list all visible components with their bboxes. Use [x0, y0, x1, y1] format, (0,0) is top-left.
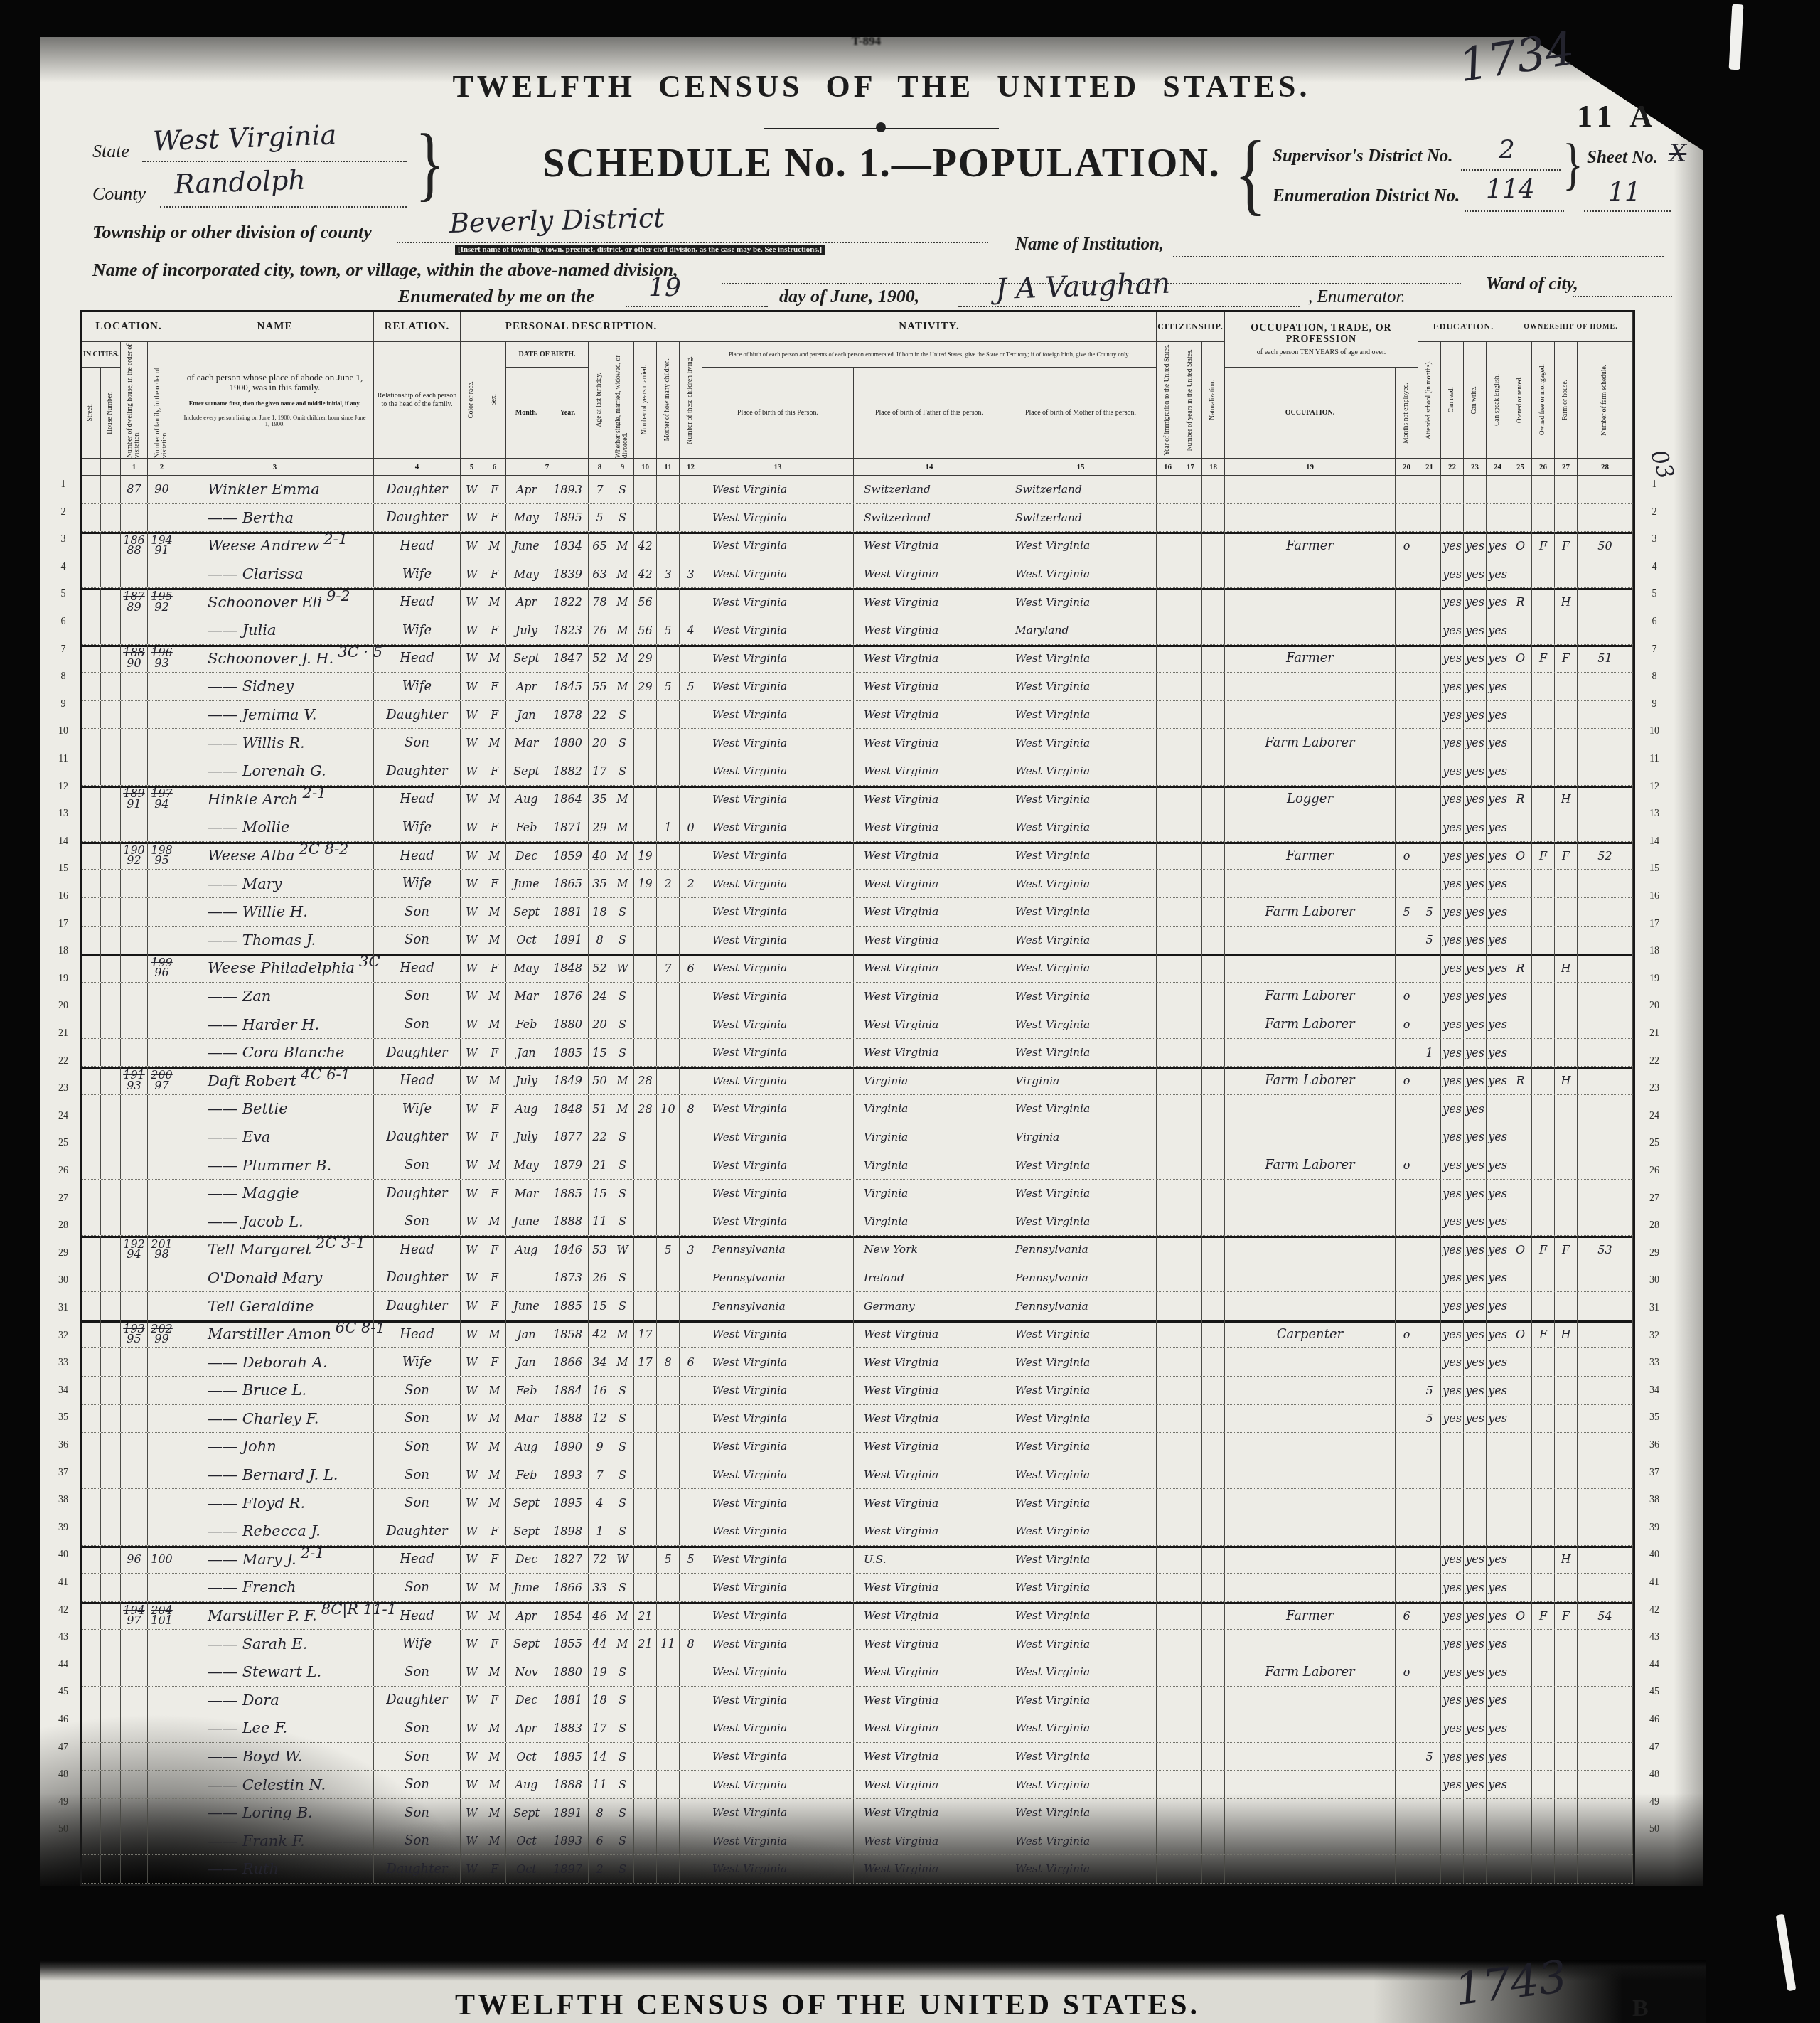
num-birth-mother: 15 [1005, 459, 1157, 476]
cell-bm: West Virginia [1005, 870, 1157, 897]
cell-nat [1202, 673, 1225, 700]
cell-rel: Son [374, 1771, 461, 1798]
cell-age: 17 [589, 757, 611, 785]
cell-mb [657, 1687, 680, 1714]
cell-im [1157, 504, 1179, 532]
cell-mar: M [611, 645, 634, 673]
cell-name: —— Clarissa [176, 560, 374, 588]
enumerator-label: , Enumerator. [1308, 287, 1406, 307]
cell-fam: 100 [148, 1546, 176, 1574]
cell-sch [1418, 1207, 1441, 1235]
cell-age: 26 [589, 1264, 611, 1292]
cell-house [101, 1517, 121, 1545]
cell-age: 21 [589, 1151, 611, 1179]
cell-house [101, 1010, 121, 1038]
cell-mne [1396, 870, 1418, 897]
cell-mo: Dec [506, 1546, 547, 1574]
row-number-25: 25 [1644, 1138, 1665, 1149]
cell-street [82, 1630, 101, 1658]
cell-bf: Virginia [854, 1095, 1005, 1123]
cell-fam: 19491 [148, 532, 176, 560]
cell-color: W [461, 476, 483, 503]
cell-fm [1532, 1461, 1555, 1489]
cell-street [82, 701, 101, 729]
color-vertical-label: Color or race. [469, 381, 476, 419]
name-desc-3: Include every person living on June 1, 1… [183, 415, 366, 428]
cell-sex: F [483, 1517, 506, 1545]
cell-yu [1179, 1658, 1202, 1686]
cell-mo: Aug [506, 786, 547, 813]
cell-mb [657, 786, 680, 813]
cell-fam [148, 1292, 176, 1320]
cell-sex: M [483, 1602, 506, 1630]
cell-fh [1555, 1771, 1578, 1798]
cell-occ [1225, 1714, 1396, 1742]
cell-yu [1179, 1714, 1202, 1742]
cell-mar: S [611, 476, 634, 503]
cell-yu [1179, 983, 1202, 1010]
cell-dw [121, 813, 148, 841]
cell-sex: M [483, 1010, 506, 1038]
cell-mo: Mar [506, 983, 547, 1010]
cell-yr: 1888 [547, 1207, 589, 1235]
cell-rel: Son [374, 983, 461, 1010]
cell-bf: West Virginia [854, 1433, 1005, 1461]
cell-own [1509, 560, 1532, 588]
cell-ym: 42 [634, 560, 657, 588]
cell-fs [1578, 1630, 1633, 1658]
cell-fs [1578, 1658, 1633, 1686]
cell-own [1509, 1207, 1532, 1235]
township-label: Township or other division of county [92, 222, 372, 243]
cell-yr: 1890 [547, 1433, 589, 1461]
cell-cl: 6 [680, 954, 702, 982]
cell-bm: West Virginia [1005, 645, 1157, 673]
cell-im [1157, 560, 1179, 588]
cell-street [82, 757, 101, 785]
census-row-30: Tell GeraldineDaughterWFJune188515SPenns… [82, 1292, 1633, 1320]
cell-fm: F [1532, 1236, 1555, 1264]
cell-wr: yes [1464, 1658, 1487, 1686]
cell-house [101, 1123, 121, 1151]
cell-age: 7 [589, 476, 611, 503]
cell-mne [1396, 813, 1418, 841]
num-relation: 4 [374, 459, 461, 476]
cell-fs [1578, 504, 1633, 532]
cell-bm: West Virginia [1005, 701, 1157, 729]
row-number-14: 14 [53, 836, 74, 848]
cell-sch [1418, 729, 1441, 757]
cell-house [101, 983, 121, 1010]
cell-street [82, 616, 101, 644]
cell-house [101, 1207, 121, 1235]
cell-mne [1396, 1405, 1418, 1433]
num-dwelling: 1 [121, 459, 148, 476]
cell-yr: 1891 [547, 1799, 589, 1827]
cell-house [101, 701, 121, 729]
cell-dw: 19092 [121, 842, 148, 870]
cell-rd: yes [1441, 1771, 1464, 1798]
num-marital: 9 [611, 459, 634, 476]
street-vertical-label: Street. [87, 404, 95, 422]
cell-nat [1202, 1602, 1225, 1630]
cell-sch [1418, 588, 1441, 616]
row-number-26: 26 [1644, 1165, 1665, 1177]
cell-house [101, 1827, 121, 1855]
cell-mar: M [611, 1320, 634, 1348]
census-row-5: 1878919592Schoonover Eli9-2HeadWMApr1822… [82, 588, 1633, 616]
cell-yu [1179, 701, 1202, 729]
cell-en: yes [1487, 532, 1509, 560]
row-number-43: 43 [53, 1632, 74, 1643]
cell-nat [1202, 1461, 1225, 1489]
cell-cl [680, 1207, 702, 1235]
cell-yu [1179, 870, 1202, 897]
dob-label: DATE OF BIRTH. [506, 342, 589, 368]
cell-fam [148, 1010, 176, 1038]
cell-en: yes [1487, 1405, 1509, 1433]
cell-fh [1555, 1489, 1578, 1517]
cell-fh: F [1555, 842, 1578, 870]
cell-cl [680, 1714, 702, 1742]
cell-bf: Virginia [854, 1151, 1005, 1179]
col-months-not-employed-label: Months not employed. [1396, 368, 1418, 459]
cell-age: 50 [589, 1067, 611, 1094]
cell-name: —— Loring B. [176, 1799, 374, 1827]
row-number-31: 31 [53, 1303, 74, 1314]
cell-rel: Wife [374, 1630, 461, 1658]
group-personal: PERSONAL DESCRIPTION. [461, 312, 702, 342]
cell-yr: 1858 [547, 1320, 589, 1348]
cell-cl [680, 476, 702, 503]
cell-wr: yes [1464, 757, 1487, 785]
cell-im [1157, 1095, 1179, 1123]
children-living-vertical-label: Number of these children living. [687, 356, 695, 444]
row-number-24: 24 [53, 1111, 74, 1122]
cell-en: yes [1487, 645, 1509, 673]
cell-bm: West Virginia [1005, 1151, 1157, 1179]
cell-ym [634, 504, 657, 532]
cell-fm [1532, 1658, 1555, 1686]
cell-age: 17 [589, 1714, 611, 1742]
row-number-36: 36 [53, 1440, 74, 1451]
cell-house [101, 870, 121, 897]
cell-mne: o [1396, 1010, 1418, 1038]
row-number-3: 3 [1644, 534, 1665, 545]
row-number-9: 9 [1644, 699, 1665, 710]
cell-color: W [461, 560, 483, 588]
cell-mb: 7 [657, 954, 680, 982]
census-row-19: —— ZanSonWMMar187624SWest VirginiaWest V… [82, 983, 1633, 1011]
cell-en: yes [1487, 1264, 1509, 1292]
cell-mo: Sept [506, 757, 547, 785]
cell-street [82, 870, 101, 897]
cell-name: —— Thomas J. [176, 927, 374, 954]
cell-im [1157, 1574, 1179, 1601]
cell-occ [1225, 1461, 1396, 1489]
cell-street [82, 1320, 101, 1348]
cell-fm [1532, 1546, 1555, 1574]
row-number-49: 49 [53, 1797, 74, 1808]
cell-sch [1418, 701, 1441, 729]
cell-rel: Daughter [374, 757, 461, 785]
cell-yu [1179, 1574, 1202, 1601]
cell-own: R [1509, 954, 1532, 982]
census-row-24: —— EvaDaughterWFJuly187722SWest Virginia… [82, 1123, 1633, 1152]
cell-ym [634, 1546, 657, 1574]
cell-fam [148, 927, 176, 954]
cell-sex: F [483, 1264, 506, 1292]
cell-nat [1202, 476, 1225, 503]
cell-color: W [461, 504, 483, 532]
cell-mar: S [611, 983, 634, 1010]
cell-dw: 19497 [121, 1602, 148, 1630]
cell-color: W [461, 1377, 483, 1404]
cell-fam [148, 1743, 176, 1771]
cell-rd: yes [1441, 954, 1464, 982]
row-number-7: 7 [53, 644, 74, 656]
cell-en: yes [1487, 1207, 1509, 1235]
cell-bp: West Virginia [702, 927, 854, 954]
cell-sch [1418, 1123, 1441, 1151]
cell-sex: F [483, 1236, 506, 1264]
cell-street [82, 1546, 101, 1574]
cell-color: W [461, 1687, 483, 1714]
cell-fam [148, 870, 176, 897]
mother-of-vertical-label: Mother of how many children. [665, 358, 672, 441]
cell-dw [121, 1714, 148, 1742]
row-number-31: 31 [1644, 1303, 1665, 1314]
cell-mne: o [1396, 1067, 1418, 1094]
cell-ym: 21 [634, 1630, 657, 1658]
cell-mar: M [611, 1067, 634, 1094]
cell-street [82, 1743, 101, 1771]
cell-mo: Apr [506, 588, 547, 616]
row-number-40: 40 [53, 1549, 74, 1561]
cell-cl: 5 [680, 1546, 702, 1574]
row-number-35: 35 [53, 1412, 74, 1424]
cell-mar: S [611, 1292, 634, 1320]
cell-bf: West Virginia [854, 1799, 1005, 1827]
cell-age: 19 [589, 1658, 611, 1686]
cell-mne [1396, 1264, 1418, 1292]
cell-bp: West Virginia [702, 757, 854, 785]
cell-nat [1202, 1433, 1225, 1461]
cell-name: —— Bernard J. L. [176, 1461, 374, 1489]
cell-fs [1578, 560, 1633, 588]
cell-bm: West Virginia [1005, 1658, 1157, 1686]
cell-age: 46 [589, 1602, 611, 1630]
row-number-6: 6 [1644, 616, 1665, 628]
cell-ym [634, 813, 657, 841]
cell-yr: 1864 [547, 786, 589, 813]
cell-en: yes [1487, 560, 1509, 588]
cell-dw [121, 1292, 148, 1320]
cell-mar: M [611, 813, 634, 841]
cell-yu [1179, 588, 1202, 616]
cell-own [1509, 1123, 1532, 1151]
cell-age: 2 [589, 1855, 611, 1883]
family-vertical-label: Number of family, in the order of visita… [155, 342, 169, 458]
cell-mne [1396, 645, 1418, 673]
cell-yu [1179, 1827, 1202, 1855]
cell-fm [1532, 588, 1555, 616]
cell-occ [1225, 673, 1396, 700]
cell-mne [1396, 1855, 1418, 1883]
cell-cl [680, 927, 702, 954]
cell-name: —— John [176, 1433, 374, 1461]
cell-im [1157, 1264, 1179, 1292]
cell-age: 8 [589, 1799, 611, 1827]
cell-name: —— Bruce L. [176, 1377, 374, 1404]
col-dwelling-label: Number of dwelling house, in the order o… [121, 342, 148, 459]
cell-fh: F [1555, 532, 1578, 560]
census-row-37: —— Floyd R.SonWMSept18954SWest VirginiaW… [82, 1489, 1633, 1517]
cell-en: yes [1487, 1348, 1509, 1376]
cell-yu [1179, 927, 1202, 954]
census-row-33: —— Bruce L.SonWMFeb188416SWest VirginiaW… [82, 1377, 1633, 1405]
cell-im [1157, 729, 1179, 757]
years-married-vertical-label: Number of years married. [642, 365, 649, 434]
cell-fm [1532, 1377, 1555, 1404]
cell-house [101, 813, 121, 841]
cell-mne: o [1396, 1658, 1418, 1686]
cell-bp: West Virginia [702, 701, 854, 729]
cell-im [1157, 645, 1179, 673]
cell-age: 4 [589, 1489, 611, 1517]
cell-ym [634, 1743, 657, 1771]
cell-sex: M [483, 588, 506, 616]
row-number-49: 49 [1644, 1797, 1665, 1808]
cell-mne [1396, 1799, 1418, 1827]
cell-fm [1532, 1517, 1555, 1545]
cell-fm [1532, 1714, 1555, 1742]
cell-name: —— Mollie [176, 813, 374, 841]
cell-dw [121, 1207, 148, 1235]
cell-mar: S [611, 1489, 634, 1517]
city-label: Name of incorporated city, town, or vill… [92, 260, 678, 281]
cell-yr: 1854 [547, 1602, 589, 1630]
cell-nat [1202, 1489, 1225, 1517]
cell-sex: F [483, 1292, 506, 1320]
num-read: 22 [1441, 459, 1464, 476]
cell-rd: yes [1441, 1039, 1464, 1067]
cell-sex: M [483, 1743, 506, 1771]
cell-dw [121, 616, 148, 644]
cell-name: Tell Margaret2C 3-1 [176, 1236, 374, 1264]
cell-house [101, 1405, 121, 1433]
row-number-16: 16 [1644, 891, 1665, 902]
row-number-19: 19 [53, 973, 74, 985]
cell-rel: Head [374, 1236, 461, 1264]
cell-ym [634, 1687, 657, 1714]
cell-own [1509, 1292, 1532, 1320]
cell-ym [634, 1180, 657, 1207]
cell-mar: S [611, 1377, 634, 1404]
cell-yu [1179, 1292, 1202, 1320]
cell-wr [1464, 1827, 1487, 1855]
enumeration-value: 114 [1486, 175, 1535, 204]
cell-wr: yes [1464, 1236, 1487, 1264]
cell-mb [657, 1292, 680, 1320]
cell-mb [657, 1010, 680, 1038]
cell-fh [1555, 983, 1578, 1010]
cell-mar: S [611, 1433, 634, 1461]
cell-own [1509, 1630, 1532, 1658]
cell-bp: West Virginia [702, 1377, 854, 1404]
cell-yr: 1845 [547, 673, 589, 700]
cell-wr [1464, 1799, 1487, 1827]
cell-yu [1179, 1771, 1202, 1798]
census-table: LOCATION. NAME RELATION. PERSONAL DESCRI… [80, 310, 1635, 1886]
cell-name: —— Eva [176, 1123, 374, 1151]
num-dob: 7 [506, 459, 589, 476]
cell-occ: Farmer [1225, 645, 1396, 673]
cell-fs [1578, 1714, 1633, 1742]
cell-rel: Wife [374, 1095, 461, 1123]
cell-bp: West Virginia [702, 842, 854, 870]
cell-mne [1396, 786, 1418, 813]
cell-bm: West Virginia [1005, 1517, 1157, 1545]
cell-cl [680, 1010, 702, 1038]
cell-name: —— Willie H. [176, 898, 374, 926]
cell-cl [680, 1771, 702, 1798]
cell-sex: M [483, 1067, 506, 1094]
col-children-living-label: Number of these children living. [680, 342, 702, 459]
cell-rd [1441, 1799, 1464, 1827]
cell-cl: 5 [680, 673, 702, 700]
cell-yr: 1882 [547, 757, 589, 785]
birth-person-label: Place of birth of this Person. [702, 368, 854, 459]
cell-fm [1532, 701, 1555, 729]
cell-rd: yes [1441, 1236, 1464, 1264]
cell-dw [121, 1377, 148, 1404]
cell-fam: 204101 [148, 1602, 176, 1630]
cell-nat [1202, 1320, 1225, 1348]
cell-color: W [461, 1574, 483, 1601]
cell-mo: May [506, 954, 547, 982]
cell-own [1509, 476, 1532, 503]
cell-mo: June [506, 1207, 547, 1235]
cell-im [1157, 1630, 1179, 1658]
cell-bp: West Virginia [702, 1151, 854, 1179]
cell-nat [1202, 1010, 1225, 1038]
group-relation: RELATION. [374, 312, 461, 342]
cell-color: W [461, 1039, 483, 1067]
cell-yu [1179, 616, 1202, 644]
cell-bm: West Virginia [1005, 1461, 1157, 1489]
sheet-page-label: 11 A [1577, 98, 1658, 134]
cell-dw [121, 1574, 148, 1601]
cell-bm: West Virginia [1005, 1827, 1157, 1855]
cell-house [101, 1687, 121, 1714]
cell-nat [1202, 560, 1225, 588]
cell-own [1509, 1377, 1532, 1404]
cell-mo: Dec [506, 842, 547, 870]
cell-fh [1555, 1433, 1578, 1461]
cell-house [101, 1489, 121, 1517]
cell-fs [1578, 729, 1633, 757]
cell-fm: F [1532, 532, 1555, 560]
cell-rel: Daughter [374, 701, 461, 729]
cell-en: yes [1487, 1067, 1509, 1094]
cell-mne [1396, 1348, 1418, 1376]
cell-fam: 19693 [148, 645, 176, 673]
township-value: Beverly District [449, 202, 665, 239]
cell-cl: 6 [680, 1348, 702, 1376]
cell-mo: Apr [506, 476, 547, 503]
cell-en: yes [1487, 1687, 1509, 1714]
